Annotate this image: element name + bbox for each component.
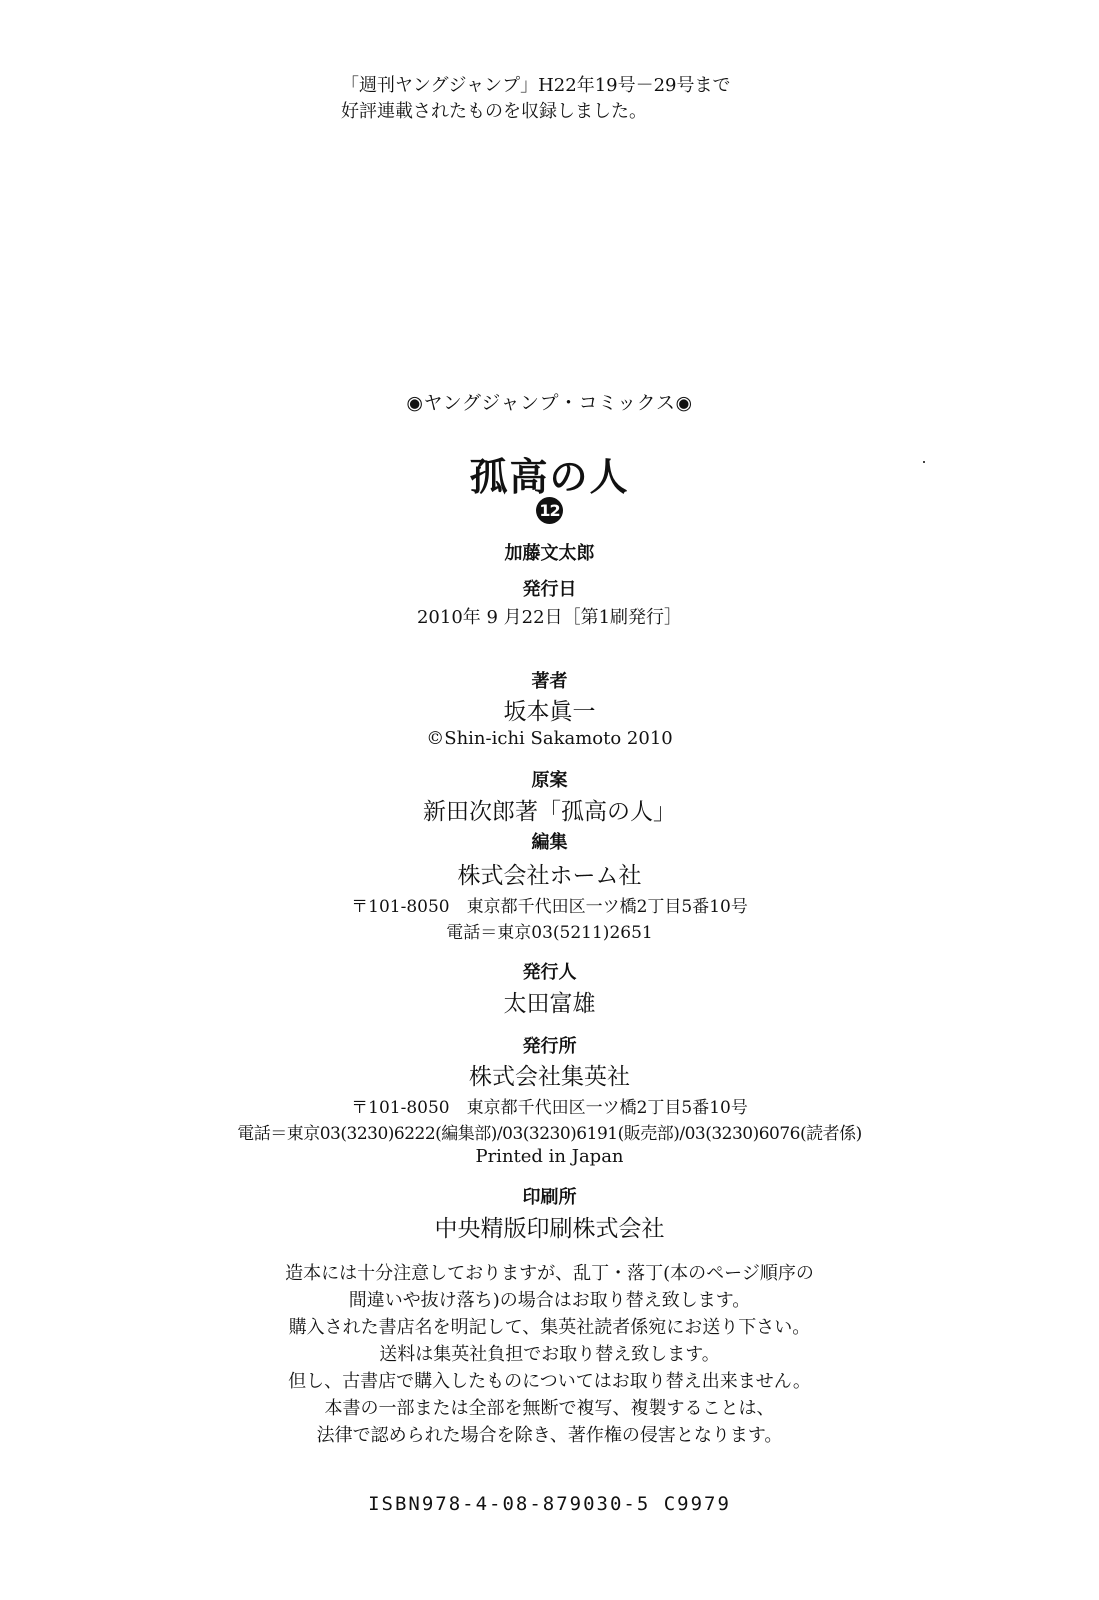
printed-in-japan: Printed in Japan <box>0 1146 1099 1167</box>
publisher-label: 発行所 <box>0 1032 1099 1058</box>
scan-speck <box>923 461 925 463</box>
publication-date-value: 2010年 9 月22日［第1刷発行］ <box>0 603 1099 629</box>
editing-phone: 電話＝東京03(5211)2651 <box>0 918 1099 943</box>
printer-label: 印刷所 <box>0 1183 1099 1209</box>
serialization-note: 「週刊ヤングジャンプ」H22年19号－29号まで 好評連載されたものを収録しまし… <box>341 73 761 125</box>
author-copyright: ©Shin-ichi Sakamoto 2010 <box>0 728 1099 749</box>
series-label: ◉ヤングジャンプ・コミックス◉ <box>0 388 1099 415</box>
notice-line: 但し、古書店で購入したものについてはお取り替え出来ません。 <box>0 1368 1099 1395</box>
designer-name: 加藤文太郎 <box>0 539 1099 565</box>
notice-line: 間違いや抜け落ち)の場合はお取り替え致します。 <box>0 1287 1099 1314</box>
original-work-value: 新田次郎著「孤高の人」 <box>0 793 1099 826</box>
notice-block: 造本には十分注意しておりますが、乱丁・落丁(本のページ順序の 間違いや抜け落ち)… <box>0 1260 1099 1449</box>
editing-label: 編集 <box>0 828 1099 854</box>
volume-badge-wrap: 12 <box>0 497 1099 527</box>
publisher-person-name: 太田富雄 <box>0 985 1099 1018</box>
publisher-company: 株式会社集英社 <box>0 1058 1099 1091</box>
notice-line: 法律で認められた場合を除き、著作権の侵害となります。 <box>0 1422 1099 1449</box>
notice-line: 送料は集英社負担でお取り替え致します。 <box>0 1341 1099 1368</box>
original-work-label: 原案 <box>0 766 1099 792</box>
publisher-phone: 電話＝東京03(3230)6222(編集部)/03(3230)6191(販売部)… <box>0 1119 1099 1144</box>
printer-company: 中央精版印刷株式会社 <box>0 1210 1099 1243</box>
publisher-address: 〒101-8050 東京都千代田区一ツ橋2丁目5番10号 <box>0 1093 1099 1118</box>
serialization-note-line: 「週刊ヤングジャンプ」H22年19号－29号まで <box>341 73 761 99</box>
editing-company: 株式会社ホーム社 <box>0 857 1099 890</box>
volume-number-badge: 12 <box>536 497 563 524</box>
publication-date-label: 発行日 <box>0 575 1099 601</box>
publisher-person-label: 発行人 <box>0 958 1099 984</box>
notice-line: 本書の一部または全部を無断で複写、複製することは、 <box>0 1395 1099 1422</box>
serialization-note-line: 好評連載されたものを収録しました。 <box>341 99 761 125</box>
book-title: 孤高の人 <box>0 446 1099 501</box>
author-name: 坂本眞一 <box>0 693 1099 726</box>
notice-line: 造本には十分注意しておりますが、乱丁・落丁(本のページ順序の <box>0 1260 1099 1287</box>
notice-line: 購入された書店名を明記して、集英社読者係宛にお送り下さい。 <box>0 1314 1099 1341</box>
editing-address: 〒101-8050 東京都千代田区一ツ橋2丁目5番10号 <box>0 892 1099 917</box>
author-label: 著者 <box>0 667 1099 693</box>
isbn-code: ISBN978-4-08-879030-5 C9979 <box>0 1493 1099 1515</box>
